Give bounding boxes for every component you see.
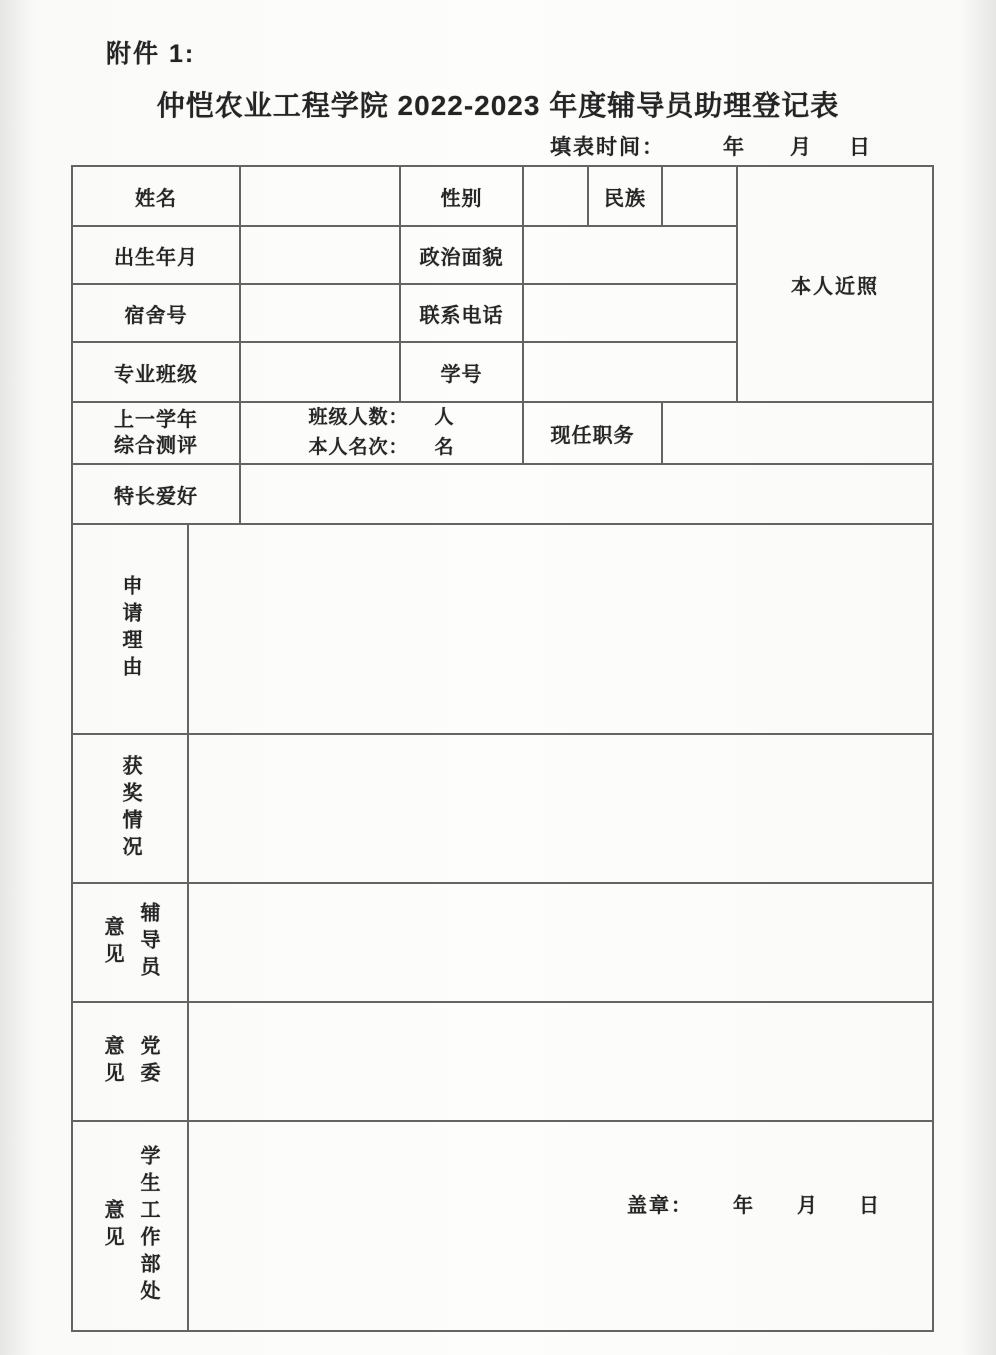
counselor-opinion-label-cell: 意见 辅导员 — [72, 883, 188, 1002]
current-position-label: 现任职务 — [523, 402, 662, 464]
form-title: 仲恺农业工程学院 2022-2023 年度辅导员助理登记表 — [0, 84, 996, 124]
scanned-form-page: 附件 1: 仲恺农业工程学院 2022-2023 年度辅导员助理登记表 填表时间… — [0, 0, 996, 1355]
personal-rank-unit: 名 — [435, 437, 455, 458]
application-reason-label: 申请理由 — [117, 575, 143, 683]
fill-time-label: 填表时间： — [550, 136, 665, 159]
student-affairs-opinion-sub-label: 意见 — [99, 1199, 125, 1253]
row-hobby: 特长爱好 — [72, 464, 933, 524]
class-size-unit: 人 — [435, 407, 455, 428]
fill-time-day-label: 日 — [849, 136, 872, 159]
party-committee-opinion-sub-label: 意见 — [99, 1035, 125, 1089]
gender-label: 性别 — [400, 166, 523, 226]
student-id-value-cell — [523, 342, 737, 402]
prev-year-eval-label: 上一学年 综合测评 — [72, 402, 240, 464]
party-committee-opinion-value-cell — [188, 1002, 933, 1121]
fill-time-month-label: 月 — [790, 136, 813, 159]
fill-time-year-label: 年 — [723, 136, 746, 159]
seal-month-label: 月 — [797, 1195, 819, 1217]
ethnicity-label: 民族 — [588, 166, 662, 226]
class-size-label: 班级人数： — [308, 407, 408, 428]
row-party-committee-opinion: 意见 党委 — [72, 1002, 933, 1121]
attachment-label: 附件 1: — [106, 34, 195, 70]
seal-day-label: 日 — [859, 1195, 881, 1217]
application-reason-value-cell — [188, 524, 933, 734]
prev-year-eval-label-line2: 综合测评 — [73, 433, 239, 459]
major-class-label: 专业班级 — [72, 342, 240, 402]
row-name: 姓名 性别 民族 本人近照 — [72, 166, 933, 226]
student-affairs-opinion-label-cell: 意见 学生工作部处 — [72, 1121, 188, 1331]
student-affairs-opinion-value-cell: 盖章：年月日 — [188, 1121, 933, 1331]
photo-placeholder: 本人近照 — [737, 166, 933, 402]
party-committee-opinion-label-cell: 意见 党委 — [72, 1002, 188, 1121]
name-label: 姓名 — [72, 166, 240, 226]
row-evaluation: 上一学年 综合测评 班级人数：人 本人名次：名 现任职务 — [72, 402, 933, 464]
row-student-affairs-opinion: 意见 学生工作部处 盖章：年月日 — [72, 1121, 933, 1331]
personal-rank-label: 本人名次： — [308, 437, 408, 458]
awards-label: 获奖情况 — [117, 755, 143, 863]
fill-time-line: 填表时间：年月日 — [550, 131, 872, 161]
dorm-number-value-cell — [240, 284, 400, 342]
seal-year-label: 年 — [733, 1195, 755, 1217]
birth-date-value-cell — [240, 226, 400, 284]
class-size-line: 班级人数：人 — [241, 403, 522, 433]
awards-value-cell — [188, 734, 933, 883]
personal-rank-line: 本人名次：名 — [241, 433, 522, 463]
major-class-value-cell — [240, 342, 400, 402]
specialty-hobby-value-cell — [240, 464, 933, 524]
contact-phone-label: 联系电话 — [400, 284, 523, 342]
seal-label: 盖章： — [627, 1195, 693, 1217]
dorm-number-label: 宿舍号 — [72, 284, 240, 342]
student-affairs-opinion-main-label: 学生工作部处 — [135, 1145, 161, 1307]
application-reason-label-cell: 申请理由 — [72, 524, 188, 734]
name-value-cell — [240, 166, 400, 226]
row-counselor-opinion: 意见 辅导员 — [72, 883, 933, 1002]
registration-form-table: 姓名 性别 民族 本人近照 出生年月 政治面貌 宿舍号 联系电话 专业班级 学号 — [71, 165, 934, 1332]
birth-date-label: 出生年月 — [72, 226, 240, 284]
contact-phone-value-cell — [523, 284, 737, 342]
row-awards: 获奖情况 — [72, 734, 933, 883]
political-status-label: 政治面貌 — [400, 226, 523, 284]
current-position-value-cell — [662, 402, 933, 464]
ethnicity-value-cell — [662, 166, 737, 226]
student-id-label: 学号 — [400, 342, 523, 402]
specialty-hobby-label: 特长爱好 — [72, 464, 240, 524]
counselor-opinion-value-cell — [188, 883, 933, 1002]
prev-year-eval-label-line1: 上一学年 — [73, 407, 239, 433]
gender-value-cell — [523, 166, 588, 226]
counselor-opinion-main-label: 辅导员 — [135, 902, 161, 983]
awards-label-cell: 获奖情况 — [72, 734, 188, 883]
seal-line: 盖章：年月日 — [627, 1189, 881, 1218]
party-committee-opinion-main-label: 党委 — [135, 1035, 161, 1089]
political-status-value-cell — [523, 226, 737, 284]
row-application-reason: 申请理由 — [72, 524, 933, 734]
counselor-opinion-sub-label: 意见 — [99, 916, 125, 970]
class-stats-cell: 班级人数：人 本人名次：名 — [240, 402, 523, 464]
